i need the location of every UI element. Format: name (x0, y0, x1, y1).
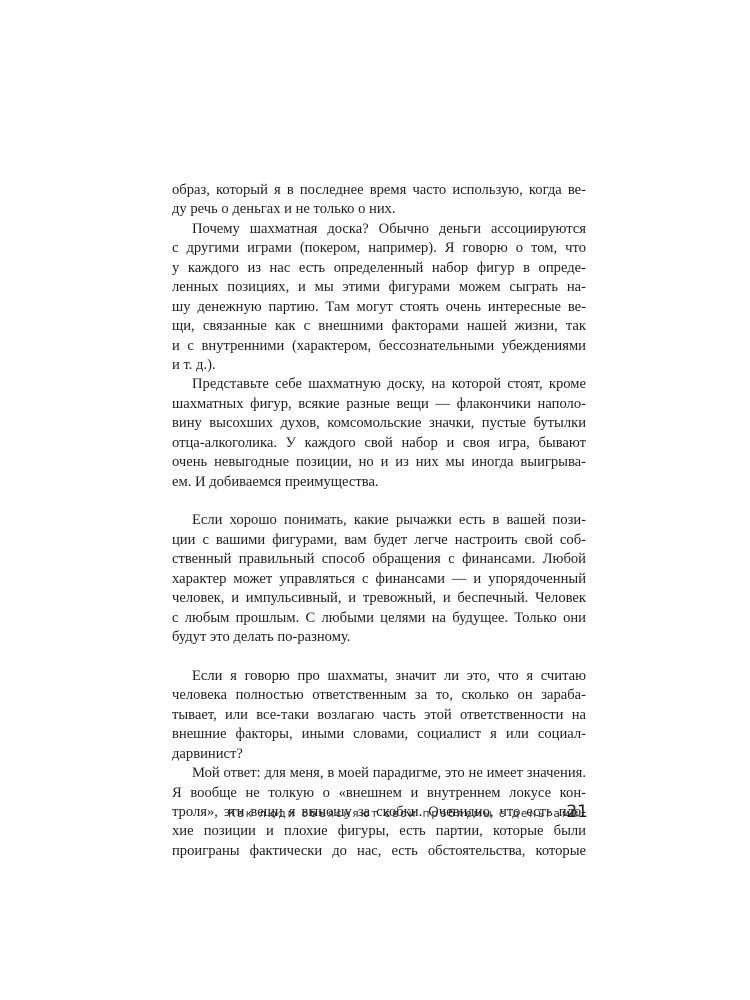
text-line: ду речь о деньгах и не только о них. (172, 200, 586, 219)
text-line: Если я говорю про шахматы, значит ли это… (172, 667, 586, 686)
paragraph: Если хорошо понимать, какие рычажки есть… (172, 511, 586, 647)
text-line: с другими играми (покером, например). Я … (172, 239, 586, 258)
text-line: с любым прошлым. С любыми целями на буду… (172, 609, 586, 628)
text-line: будут это делать по-разному. (172, 628, 586, 647)
text-line: у каждого из нас есть определенный набор… (172, 259, 586, 278)
text-line: ции с вашими фигурами, вам будет легче н… (172, 531, 586, 550)
text-line: Почему шахматная доска? Обычно деньги ас… (172, 220, 586, 239)
text-line: человека полностью ответственным за то, … (172, 686, 586, 705)
text-line: Представьте себе шахматную доску, на кот… (172, 375, 586, 394)
text-line: проиграны фактически до нас, есть обстоя… (172, 842, 586, 861)
paragraph: Представьте себе шахматную доску, на кот… (172, 375, 586, 492)
text-line: характер может управляться с финансами —… (172, 570, 586, 589)
text-line: отца-алкоголика. У каждого свой набор и … (172, 434, 586, 453)
text-line: тывает, или все-таки возлагаю часть этой… (172, 706, 586, 725)
text-line: образ, который я в последнее время часто… (172, 181, 586, 200)
text-line: человек, и импульсивный, и тревожный, и … (172, 589, 586, 608)
text-line: Мой ответ: для меня, в моей парадигме, э… (172, 764, 586, 783)
paragraph: Почему шахматная доска? Обычно деньги ас… (172, 220, 586, 376)
text-line: очень невыгодные позиции, но и из них мы… (172, 453, 586, 472)
text-line: Я вообще не толкую о «внешнем и внутренн… (172, 784, 586, 803)
book-page: образ, который я в последнее время часто… (0, 0, 750, 1000)
text-line: шу денежную партию. Там могут стоять оче… (172, 298, 586, 317)
text-line: и т. д.). (172, 356, 586, 375)
page-number: 21 (566, 802, 588, 822)
text-line: Если хорошо понимать, какие рычажки есть… (172, 511, 586, 530)
page-footer: Как люди объясняют свои проблемы с деньг… (228, 802, 588, 826)
text-line: ственный правильный способ обращения с ф… (172, 550, 586, 569)
text-line: щи, связанные как с внешними факторами н… (172, 317, 586, 336)
text-line: дарвинист? (172, 745, 586, 764)
text-line: вину высохших духов, комсомольские значк… (172, 414, 586, 433)
text-line: ем. И добиваемся преимущества. (172, 473, 586, 492)
running-title: Как люди объясняют свои проблемы с деньг… (228, 808, 580, 820)
text-line: ленных позициях, и мы этими фигурами мож… (172, 278, 586, 297)
text-line: шахматных фигур, всякие разные вещи — фл… (172, 395, 586, 414)
paragraph-gap (172, 648, 586, 667)
text-line: внешние факторы, иными словами, социалис… (172, 725, 586, 744)
body-text: образ, который я в последнее время часто… (172, 181, 586, 861)
paragraph-gap (172, 492, 586, 511)
text-line: и с внутренними (характером, бессознател… (172, 337, 586, 356)
paragraph: Если я говорю про шахматы, значит ли это… (172, 667, 586, 764)
paragraph: образ, который я в последнее время часто… (172, 181, 586, 220)
